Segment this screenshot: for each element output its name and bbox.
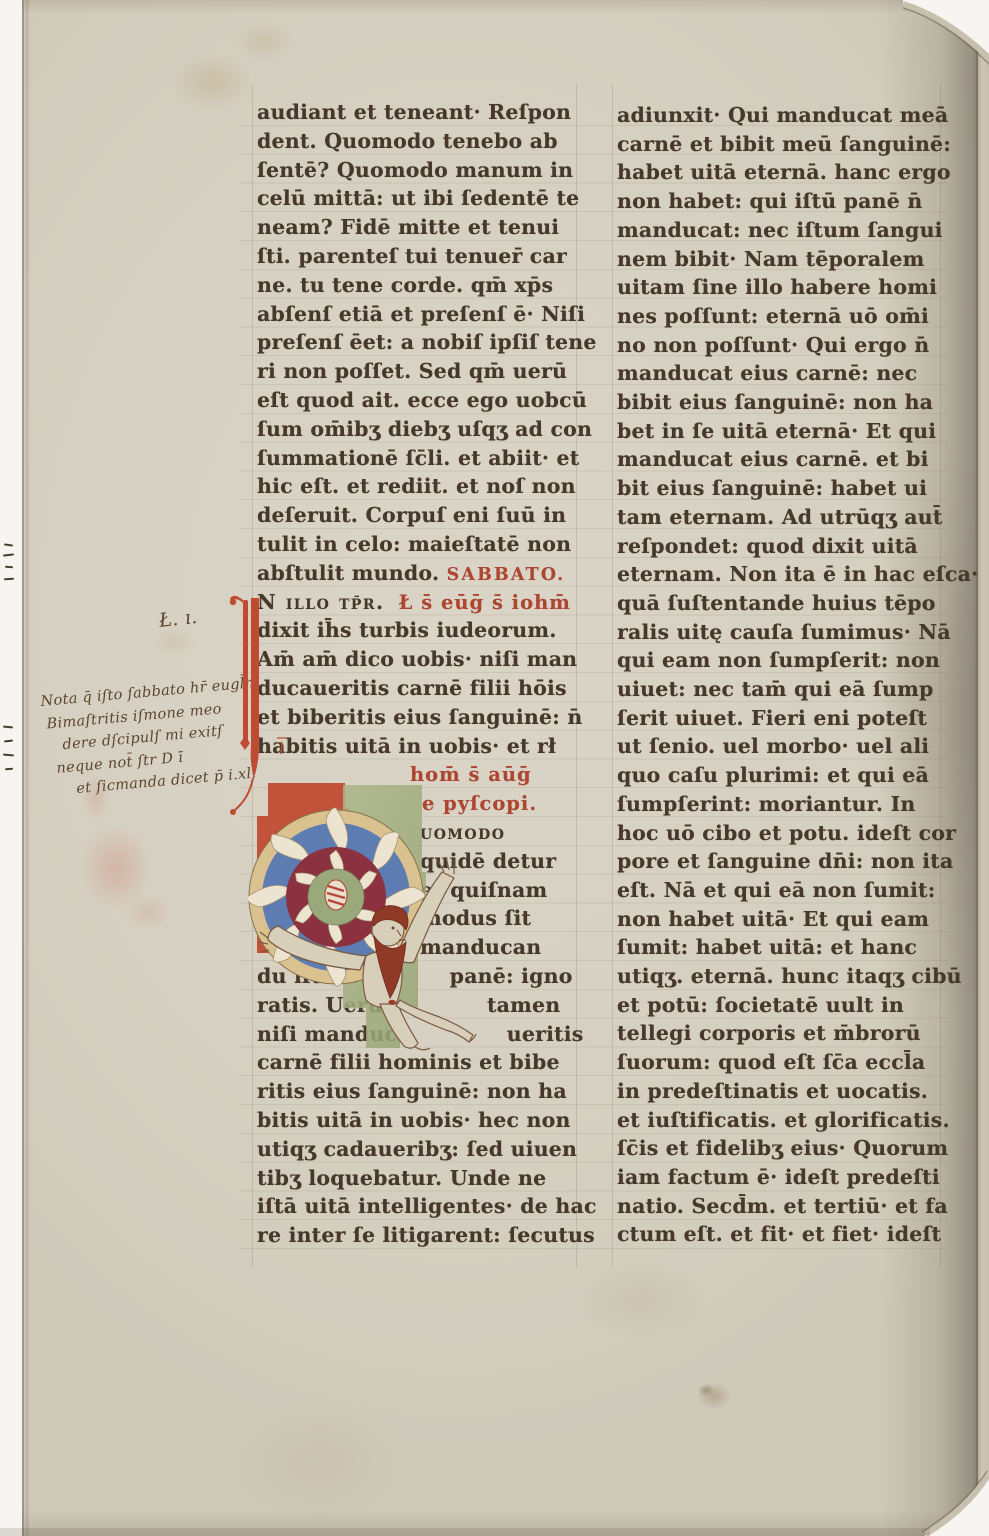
text-line: ut ſenio. uel morbo· uel ali [617, 734, 929, 763]
body-text: neam? Fidē mitte et tenui [257, 215, 559, 239]
text-line: reſpondet: quod dixit uitā [617, 534, 918, 563]
body-text: pore et ſanguine dn̄i: non ita [617, 849, 953, 873]
body-text: in predeſtinatis et uocatis. [617, 1079, 928, 1103]
body-text: manducat eius carnē: nec [617, 361, 917, 385]
body-text: du iſtum [257, 964, 358, 988]
text-line: dixit ih̄s turbis iudeorum. [257, 618, 557, 647]
text-line: hoc uō cibo et potu. ideſt cor [617, 821, 956, 850]
text-line: non habet uitā· Et qui eam [617, 907, 929, 936]
body-text: uitam ſine illo habere homi [617, 275, 937, 299]
body-text: habitis uitā in uobis· et rł [257, 734, 556, 758]
body-text: ne. tu tene corde. qm̄ xp̄s [257, 273, 553, 297]
body-text: preſenſ ēet: a nobiſ ipſiſ tene [257, 330, 597, 354]
body-text: quā ſuſtentande huius tēpo [617, 591, 936, 615]
body-text: ſumpſerint: moriantur. In [617, 792, 915, 816]
body-text: non habet: qui iſtū panē n̄ [617, 189, 922, 213]
body-text: hic eſt. et rediit. et noſ non [257, 474, 576, 498]
text-line: et iuſtificatis. et glorificatis. [617, 1108, 950, 1137]
body-text: no non poſſunt· Qui ergo n̄ [617, 333, 929, 357]
text-line: quā ſuſtentande huius tēpo [617, 591, 936, 620]
text-line: et biberitis eius ſanguinē: n̄ [257, 705, 582, 734]
body-text: eternam. Non ita ē in hac eſca· [617, 562, 978, 586]
text-line: tulit in celo: maieſtatē non [257, 532, 571, 561]
body-text: tibʒ loquebatur. Unde ne [257, 1166, 546, 1190]
text-line: hic eſt. et rediit. et noſ non [257, 474, 576, 503]
text-line: ducaueritis carnē filii hōis [257, 676, 567, 705]
text-line: uomodo [420, 820, 505, 849]
body-text: manducan [420, 935, 541, 959]
body-text: quo caſu plurimi: et qui eā [617, 763, 929, 787]
text-line: e pyſcopi. [422, 791, 537, 820]
text-line: du iſtumpanē: igno [257, 964, 573, 993]
body-text: manducat eius carnē. et bi [617, 447, 929, 471]
body-text: ducaueritis carnē filii hōis [257, 676, 567, 700]
body-text: nes poſſunt: eternā uō om̄i [617, 304, 929, 328]
text-line: ne. tu tene corde. qm̄ xp̄s [257, 273, 553, 302]
body-text: ſuorum: quod eſt ſc̄a eccl̄a [617, 1050, 925, 1074]
text-line: ſum om̄ibʒ diebʒ uſqʒ ad con [257, 417, 592, 446]
text-line: habet uitā eternā. hanc ergo [617, 160, 951, 189]
text-line: dent. Quomodo tenebo ab [257, 129, 558, 158]
text-line: hom̄ s̄ aūḡ [410, 762, 532, 791]
body-text: dent. Quomodo tenebo ab [257, 129, 558, 153]
text-line: ſumpſerint: moriantur. In [617, 792, 915, 821]
text-line: ſumit: habet uitā: et hanc [617, 935, 917, 964]
margin-note: Nota q̄ iſto ſabbato hr̄ eugl̄mBimaſtrit… [40, 674, 274, 694]
text-line: iſtā uitā intelligentes· de hac [257, 1194, 597, 1223]
text-line: habitis uitā in uobis· et rł [257, 734, 556, 763]
body-text: hoc uō cibo et potu. ideſt cor [617, 821, 956, 845]
text-line: manducan [420, 935, 541, 964]
text-line: eſt quod ait. ecce ego uobcū [257, 388, 587, 417]
text-line: ſummationē ſc̄li. et abiit· et [257, 446, 579, 475]
body-text: quidē detur [420, 849, 556, 873]
text-line: N illo tp̄r.Ł s̄ eūḡ s̄ iohm̄ [257, 590, 571, 619]
text-line: manducat: nec iſtum ſangui [617, 218, 943, 247]
rubric-text: SABBATO. [447, 565, 566, 585]
body-text: carnē filii hominis et bibe [257, 1050, 560, 1074]
body-text: N illo tp̄r. [257, 590, 385, 614]
text-line: ſc̄is et fidelibʒ eius· Quorum [617, 1136, 948, 1165]
body-text: tulit in celo: maieſtatē non [257, 532, 571, 556]
text-line: ſuorum: quod eſt ſc̄a eccl̄a [617, 1050, 925, 1079]
text-line: carnē et bibit meū ſanguinē: [617, 132, 951, 161]
text-line: preſenſ ēet: a nobiſ ipſiſ tene [257, 330, 597, 359]
text-line: uiuet: nec tam̄ qui eā ſump [617, 677, 934, 706]
body-text: iſtā uitā intelligentes· de hac [257, 1194, 597, 1218]
body-text: ſc̄is et fidelibʒ eius· Quorum [617, 1136, 948, 1160]
text-line: bet in ſe uitā eternā· Et qui [617, 419, 936, 448]
text-line: ralis uitę cauſa ſumimus· Nā [617, 620, 951, 649]
text-line: ratis. Uerūtamen [257, 993, 560, 1022]
text-line: pore et ſanguine dn̄i: non ita [617, 849, 953, 878]
body-text: uiuet: nec tam̄ qui eā ſump [617, 677, 934, 701]
text-line: ritis eius ſanguinē: non ha [257, 1079, 567, 1108]
body-text: habet uitā eternā. hanc ergo [617, 160, 951, 184]
body-text: Nota q̄ iſto ſabbato hr̄ eugl̄m [40, 675, 259, 710]
body-text: ueritis [507, 1022, 584, 1046]
text-line: ctum eſt. et fit· et fiet· ideſt [617, 1222, 941, 1251]
text-line: modus ſit [420, 906, 531, 935]
body-text: re inter ſe litigarent: ſecutus [257, 1223, 595, 1247]
text-line: bitis uitā in uobis· hec non [257, 1108, 571, 1137]
body-text: ſum om̄ibʒ diebʒ uſqʒ ad con [257, 417, 592, 441]
body-text: reſpondet: quod dixit uitā [617, 534, 918, 558]
body-text: bitis uitā in uobis· hec non [257, 1108, 571, 1132]
text-line: iam factum ē· ideſt predeſti [617, 1165, 940, 1194]
body-text: utiqʒ cadaueribʒ: ſed uiuen [257, 1137, 577, 1161]
margin-mark: Ł. ı. [158, 601, 248, 610]
body-text: abſtulit mundo. [257, 561, 447, 585]
body-text: Am̄ am̄ dico uobis· niſi man [257, 647, 577, 671]
body-text: adiunxit· Qui manducat meā [617, 103, 948, 127]
body-text: audiant et teneant· Reſpon [257, 100, 571, 124]
text-line: non habet: qui iſtū panē n̄ [617, 189, 922, 218]
text-line: utiqʒ cadaueribʒ: ſed uiuen [257, 1137, 577, 1166]
body-text: panē: igno [450, 964, 573, 988]
rubric-text: Ł s̄ eūḡ s̄ iohm̄ [399, 591, 571, 614]
body-text: eſt. Nā et qui eā non ſumit: [617, 878, 936, 902]
body-text: manducat: nec iſtum ſangui [617, 218, 943, 242]
body-text: et biberitis eius ſanguinē: n̄ [257, 705, 582, 729]
body-text: qui eam non ſumpſerit: non [617, 648, 940, 672]
body-text: utiqʒ. eternā. hunc itaqʒ cibū [617, 964, 962, 988]
text-line: qui eam non ſumpſerit: non [617, 648, 940, 677]
text-line: ſentē? Quomodo manum in [257, 158, 573, 187]
text-line: ri non poſſet. Sed qm̄ uerū [257, 359, 567, 388]
body-text: tellegi corporis et m̄brorū [617, 1021, 921, 1045]
text-line: tellegi corporis et m̄brorū [617, 1021, 921, 1050]
body-text: bit eius ſanguinē: habet ui [617, 476, 927, 500]
body-text: tamen [487, 993, 560, 1017]
text-line: niſi manducaueritis [257, 1022, 583, 1051]
body-text: ctum eſt. et fit· et fiet· ideſt [617, 1222, 941, 1246]
body-text: et quiſnam [420, 878, 547, 902]
body-text: tam eternam. Ad utrūqʒ aut̄ [617, 505, 943, 529]
text-line: carnē filii hominis et bibe [257, 1050, 560, 1079]
text-line: quidē detur [420, 849, 556, 878]
body-text: nem bibit· Nam tēporalem [617, 247, 925, 271]
body-text: ritis eius ſanguinē: non ha [257, 1079, 567, 1103]
text-line: re inter ſe litigarent: ſecutus [257, 1223, 595, 1252]
text-line: eternam. Non ita ē in hac eſca· [617, 562, 978, 591]
body-text: eſt quod ait. ecce ego uobcū [257, 388, 587, 412]
text-line: nem bibit· Nam tēporalem [617, 247, 925, 276]
text-line: tam eternam. Ad utrūqʒ aut̄ [617, 505, 943, 534]
rubric-text: hom̄ s̄ aūḡ [410, 763, 532, 786]
body-text: ſentē? Quomodo manum in [257, 158, 573, 182]
text-line: natio. Secd̄m. et tertiū· et fa [617, 1194, 948, 1223]
text-line: adiunxit· Qui manducat meā [617, 103, 948, 132]
body-text: celū mittā: ut ibi ſedentē te [257, 186, 579, 210]
text-line: et quiſnam [420, 878, 547, 907]
body-text: ſumit: habet uitā: et hanc [617, 935, 917, 959]
body-text: ratis. Uerū [257, 993, 383, 1017]
body-text: ut ſenio. uel morbo· uel ali [617, 734, 929, 758]
text-line: bit eius ſanguinē: habet ui [617, 476, 927, 505]
body-text: niſi manduca [257, 1022, 411, 1046]
body-text: ri non poſſet. Sed qm̄ uerū [257, 359, 567, 383]
text-line: nes poſſunt: eternā uō om̄i [617, 304, 929, 333]
text-line: ſerit uiuet. Fieri eni poteſt [617, 706, 927, 735]
text-line: ſti. parenteſ tui tenuer̄ car [257, 244, 567, 273]
body-text: dixit ih̄s turbis iudeorum. [257, 618, 557, 642]
body-text: deſeruit. Corpuſ eni ſuū in [257, 503, 566, 527]
body-text: ſti. parenteſ tui tenuer̄ car [257, 244, 567, 268]
text-line: tibʒ loquebatur. Unde ne [257, 1166, 546, 1195]
body-text: uomodo [420, 820, 505, 844]
text-line: uitam ſine illo habere homi [617, 275, 937, 304]
body-text: non habet uitā· Et qui eam [617, 907, 929, 931]
body-text: modus ſit [420, 906, 531, 930]
text-line: manducat eius carnē: nec [617, 361, 917, 390]
text-line: eſt. Nā et qui eā non ſumit: [617, 878, 936, 907]
body-text: carnē et bibit meū ſanguinē: [617, 132, 951, 156]
text-line: celū mittā: ut ibi ſedentē te [257, 186, 579, 215]
body-text: ſerit uiuet. Fieri eni poteſt [617, 706, 927, 730]
body-text: abſenſ etiā et preſenſ ē· Niſi [257, 302, 585, 326]
text-line: utiqʒ. eternā. hunc itaqʒ cibū [617, 964, 962, 993]
text-line: neam? Fidē mitte et tenui [257, 215, 559, 244]
text-line: quo caſu plurimi: et qui eā [617, 763, 929, 792]
text-line: Ł. ı. [158, 606, 199, 639]
text-line: abſenſ etiā et preſenſ ē· Niſi [257, 302, 585, 331]
body-text: et iuſtificatis. et glorificatis. [617, 1108, 950, 1132]
body-text: ralis uitę cauſa ſumimus· Nā [617, 620, 951, 644]
body-text: ſummationē ſc̄li. et abiit· et [257, 446, 579, 470]
manuscript-photo: audiant et teneant· Reſpondent. Quomodo … [0, 0, 989, 1536]
body-text: natio. Secd̄m. et tertiū· et fa [617, 1194, 948, 1218]
text-line: abſtulit mundo. SABBATO. [257, 561, 565, 590]
body-text: iam factum ē· ideſt predeſti [617, 1165, 940, 1189]
text-line: et potū: ſocietatē uult in [617, 993, 904, 1022]
text-line: bibit eius ſanguinē: non ha [617, 390, 933, 419]
text-line: no non poſſunt· Qui ergo n̄ [617, 333, 929, 362]
rubric-text: e pyſcopi. [422, 792, 537, 815]
text-line: deſeruit. Corpuſ eni ſuū in [257, 503, 566, 532]
body-text: et potū: ſocietatē uult in [617, 993, 904, 1017]
body-text: bet in ſe uitā eternā· Et qui [617, 419, 936, 443]
text-line: in predeſtinatis et uocatis. [617, 1079, 928, 1108]
text-line: manducat eius carnē. et bi [617, 447, 929, 476]
text-line: audiant et teneant· Reſpon [257, 100, 571, 129]
body-text: bibit eius ſanguinē: non ha [617, 390, 933, 414]
body-text: Ł. ı. [158, 606, 198, 632]
text-layer: audiant et teneant· Reſpondent. Quomodo … [0, 0, 989, 1536]
text-line: Am̄ am̄ dico uobis· niſi man [257, 647, 577, 676]
